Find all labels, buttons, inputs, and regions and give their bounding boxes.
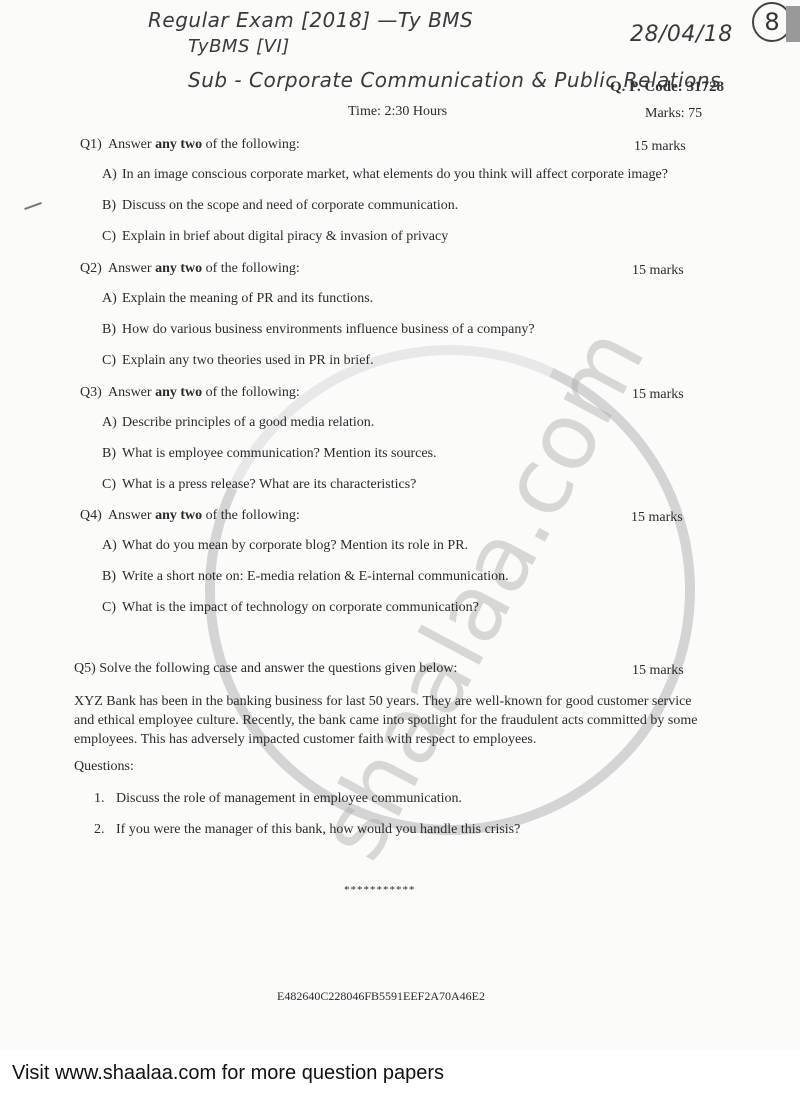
option-label: C): [102, 353, 122, 369]
question-1-option-a: A)In an image conscious corporate market…: [102, 167, 668, 183]
option-label: A): [102, 415, 122, 431]
exam-time: Time: 2:30 Hours: [348, 104, 447, 120]
question-1-option-b: B)Discuss on the scope and need of corpo…: [102, 198, 458, 214]
question-2-marks: 15 marks: [632, 263, 684, 279]
question-instruction-suffix: of the following:: [202, 385, 300, 400]
question-4-marks: 15 marks: [631, 510, 683, 526]
option-label: C): [102, 477, 122, 493]
question-4-option-b: B)Write a short note on: E-media relatio…: [102, 569, 509, 585]
total-marks: Marks: 75: [645, 106, 702, 122]
question-1-option-c: C)Explain in brief about digital piracy …: [102, 229, 448, 245]
question-instruction-suffix: of the following:: [202, 508, 300, 523]
handwritten-exam-note: Regular Exam [2018] —Ty BMS: [148, 8, 473, 32]
q5-heading: Q5) Solve the following case and answer …: [74, 661, 457, 677]
question-2-option-c: C)Explain any two theories used in PR in…: [102, 353, 374, 369]
question-4-heading: Q4) Answer any two of the following:: [80, 508, 300, 524]
option-text: Explain in brief about digital piracy & …: [122, 229, 448, 244]
question-4-option-a: A)What do you mean by corporate blog? Me…: [102, 538, 468, 554]
option-label: B): [102, 569, 122, 585]
question-number: Q2): [80, 261, 102, 276]
option-text: Explain any two theories used in PR in b…: [122, 353, 374, 368]
question-instruction: Answer: [108, 137, 155, 152]
question-1-marks: 15 marks: [634, 139, 686, 155]
option-text: Explain the meaning of PR and its functi…: [122, 291, 373, 306]
question-3-heading: Q3) Answer any two of the following:: [80, 385, 300, 401]
q5-item-text: If you were the manager of this bank, ho…: [116, 822, 520, 837]
question-emphasis: any two: [155, 385, 202, 400]
option-text: What do you mean by corporate blog? Ment…: [122, 538, 468, 553]
q5-case-text: XYZ Bank has been in the banking busines…: [74, 692, 714, 749]
handwritten-semester-note: TyBMS [VI]: [188, 36, 290, 57]
exam-paper-page: shaalaa.com Regular Exam [2018] —Ty BMS …: [0, 0, 800, 1050]
option-label: C): [102, 600, 122, 616]
question-number: Q3): [80, 385, 102, 400]
question-3-marks: 15 marks: [632, 387, 684, 403]
option-text: Write a short note on: E-media relation …: [122, 569, 509, 584]
footer-banner: Visit www.shaalaa.com for more question …: [0, 1050, 800, 1102]
option-text: What is employee communication? Mention …: [122, 446, 437, 461]
paper-hash: E482640C228046FB5591EEF2A70A46E2: [277, 989, 485, 1004]
question-instruction-suffix: of the following:: [202, 261, 300, 276]
q5-item-text: Discuss the role of management in employ…: [116, 791, 462, 806]
question-instruction-suffix: of the following:: [202, 137, 300, 152]
question-2-heading: Q2) Answer any two of the following:: [80, 261, 300, 277]
option-text: In an image conscious corporate market, …: [122, 167, 668, 182]
question-number: Q1): [80, 137, 102, 152]
option-label: A): [102, 167, 122, 183]
q5-item-1: 1.Discuss the role of management in empl…: [94, 791, 462, 807]
q5-item-label: 1.: [94, 791, 116, 807]
question-4-option-c: C)What is the impact of technology on co…: [102, 600, 479, 616]
question-emphasis: any two: [155, 508, 202, 523]
option-label: C): [102, 229, 122, 245]
question-1-heading: Q1) Answer any two of the following:: [80, 137, 300, 153]
question-instruction: Answer: [108, 385, 155, 400]
option-label: B): [102, 446, 122, 462]
question-emphasis: any two: [155, 261, 202, 276]
question-instruction: Answer: [108, 508, 155, 523]
option-label: A): [102, 538, 122, 554]
q5-item-label: 2.: [94, 822, 116, 838]
option-label: B): [102, 322, 122, 338]
option-text: What is the impact of technology on corp…: [122, 600, 479, 615]
question-2-option-b: B)How do various business environments i…: [102, 322, 535, 338]
option-text: How do various business environments inf…: [122, 322, 535, 337]
question-number: Q4): [80, 508, 102, 523]
q5-marks: 15 marks: [632, 663, 684, 679]
question-3-option-c: C)What is a press release? What are its …: [102, 477, 416, 493]
qp-code: Q. P. Code: 31728: [610, 79, 724, 96]
q5-questions-label: Questions:: [74, 759, 134, 775]
option-text: Describe principles of a good media rela…: [122, 415, 374, 430]
question-3-option-b: B)What is employee communication? Mentio…: [102, 446, 437, 462]
question-emphasis: any two: [155, 137, 202, 152]
option-text: What is a press release? What are its ch…: [122, 477, 416, 492]
scan-edge-mark: [786, 6, 800, 42]
question-2-option-a: A)Explain the meaning of PR and its func…: [102, 291, 373, 307]
option-label: B): [102, 198, 122, 214]
end-marker: ***********: [344, 884, 416, 896]
q5-item-2: 2.If you were the manager of this bank, …: [94, 822, 520, 838]
scan-mark: [24, 202, 42, 210]
option-text: Discuss on the scope and need of corpora…: [122, 198, 458, 213]
option-label: A): [102, 291, 122, 307]
handwritten-date: 28/04/18: [630, 22, 733, 47]
question-3-option-a: A)Describe principles of a good media re…: [102, 415, 374, 431]
question-instruction: Answer: [108, 261, 155, 276]
footer-link-text[interactable]: Visit www.shaalaa.com for more question …: [12, 1062, 444, 1085]
